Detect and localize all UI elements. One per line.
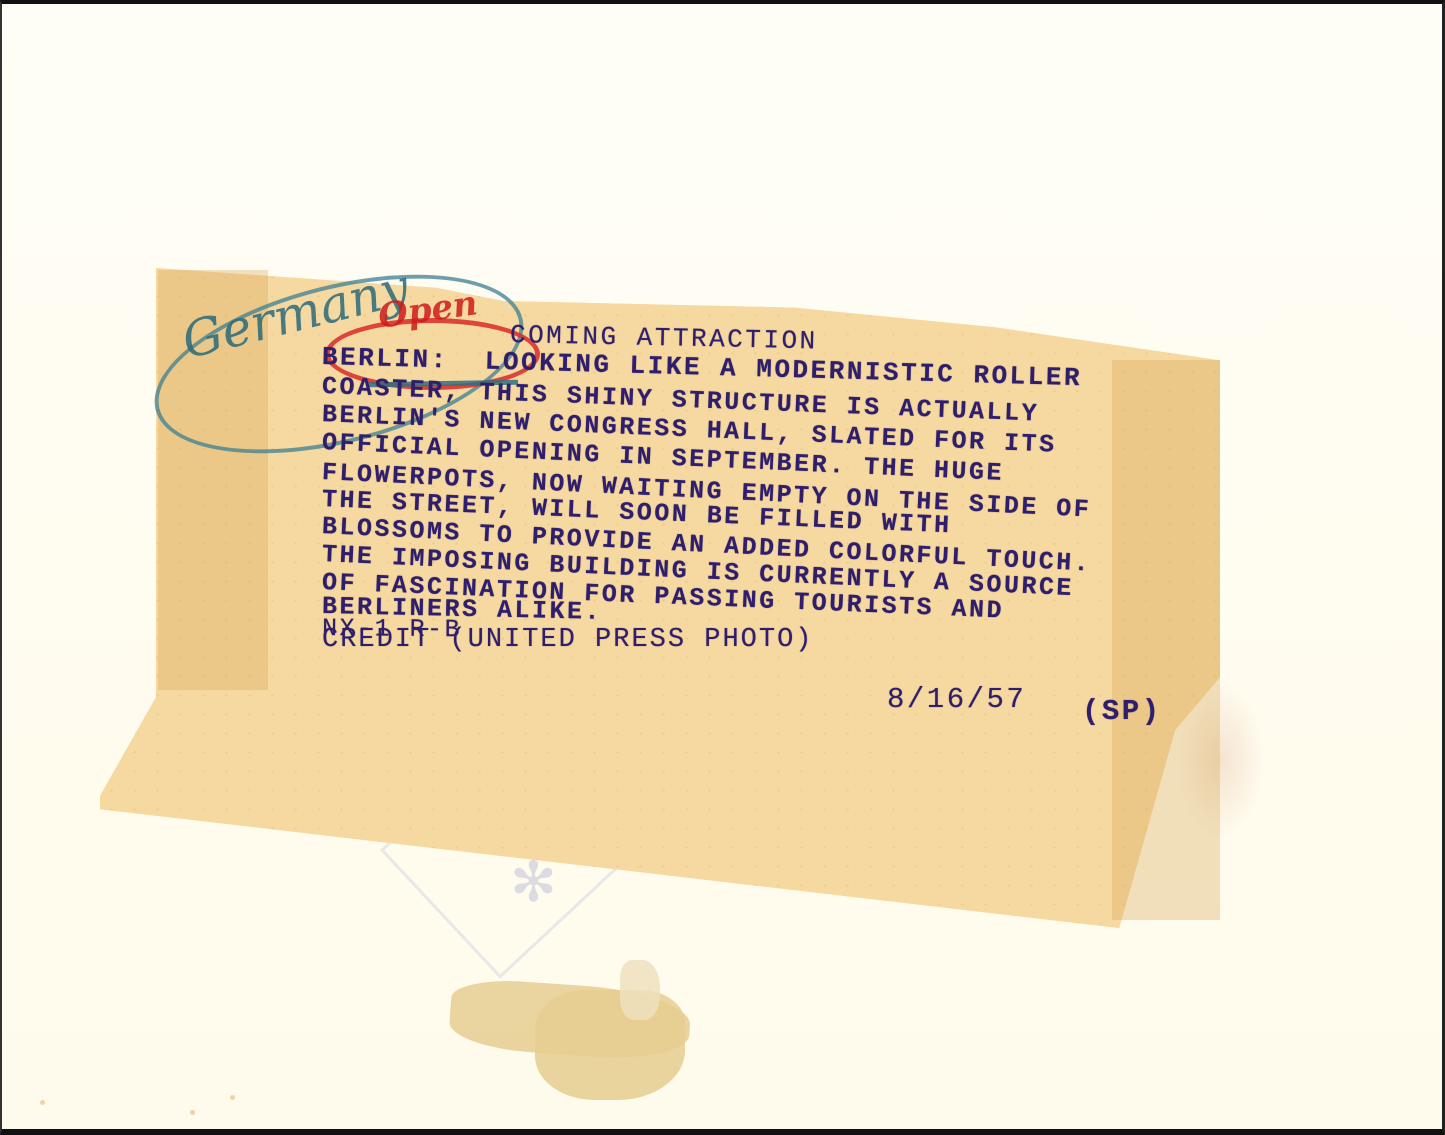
credit-date: 8/16/57 [887,683,1026,716]
speck [40,1100,45,1105]
credit-code: (SP) [1082,695,1162,728]
speck [190,1110,195,1115]
water-stain [535,990,685,1100]
tape-right [1112,360,1220,920]
credit-label: CREDIT (UNITED PRESS PHOTO) [322,625,813,655]
credit-line: CREDIT (UNITED PRESS PHOTO) 8/16/57 (SP) [322,625,346,697]
speck [230,1095,235,1100]
ghost-flower-mark: ✻ [510,855,557,911]
water-stain [620,960,660,1020]
